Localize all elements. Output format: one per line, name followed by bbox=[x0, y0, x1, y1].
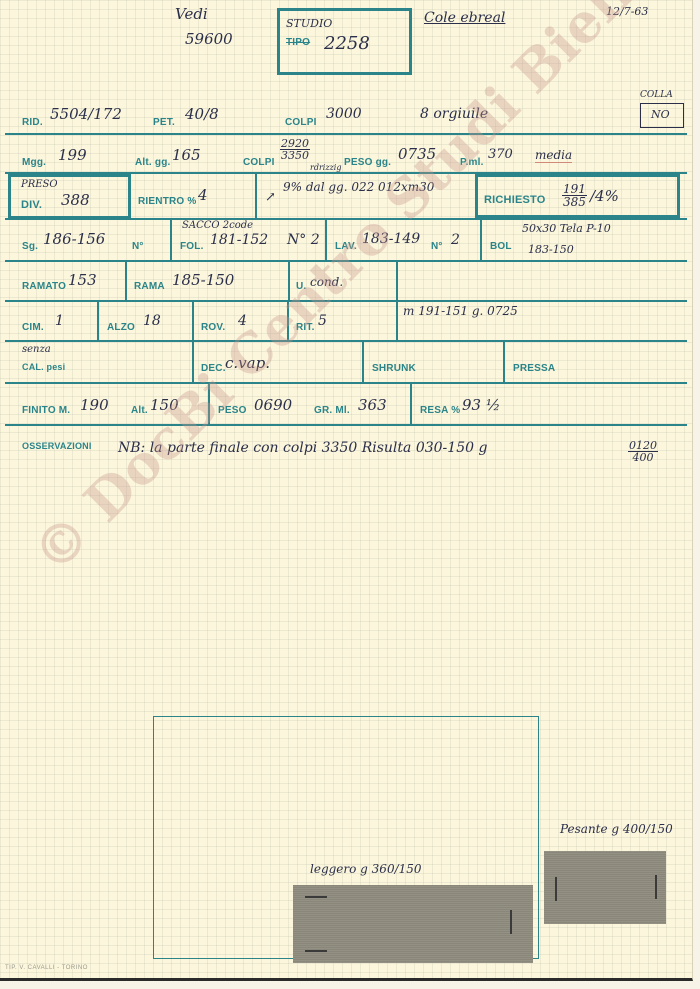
pet-value: 40/8 bbox=[185, 105, 219, 123]
dec-value: c.vap. bbox=[225, 354, 270, 372]
tipo-label: TIPO bbox=[286, 37, 310, 48]
alzo-value: 18 bbox=[143, 313, 161, 329]
rientro-value: 4 bbox=[198, 186, 208, 204]
finito-peso-value: 0690 bbox=[254, 396, 292, 414]
bol-label: BOL bbox=[490, 241, 512, 252]
alt-gg-value: 165 bbox=[172, 146, 201, 164]
divider bbox=[255, 174, 257, 218]
observations-fraction: 0120 400 bbox=[628, 440, 658, 463]
colpi-label-2: COLPI bbox=[243, 157, 275, 168]
lav-value: 183-149 bbox=[362, 231, 420, 247]
rama-label: RAMA bbox=[134, 281, 165, 292]
rid-label: RID. bbox=[22, 117, 43, 128]
mgg-value: 199 bbox=[58, 146, 87, 164]
divider bbox=[5, 340, 687, 342]
divider bbox=[325, 220, 327, 260]
pml-label: P.ml. bbox=[460, 157, 484, 168]
richiesto-percent: /4% bbox=[590, 187, 619, 205]
pml-value: 370 bbox=[488, 147, 513, 162]
vedi-note: Vedi bbox=[175, 5, 208, 23]
divider bbox=[287, 302, 289, 340]
divider bbox=[192, 302, 194, 340]
divider bbox=[5, 260, 687, 262]
richiesto-label: RICHIESTO bbox=[484, 194, 546, 206]
tipo-value: 2258 bbox=[324, 33, 370, 54]
divider bbox=[288, 262, 290, 300]
fol-label: FOL. bbox=[180, 241, 204, 252]
finito-alt-label: Alt. bbox=[131, 405, 148, 416]
colpi-label: COLPI bbox=[285, 117, 317, 128]
richiesto-fraction: 191 385 bbox=[562, 183, 587, 208]
bol-line2: 183-150 bbox=[528, 243, 574, 256]
arrow-icon: ↗ bbox=[265, 190, 276, 205]
observations-denominator: 400 bbox=[633, 452, 654, 463]
tipo-box: STUDIO TIPO 2258 bbox=[277, 8, 412, 75]
ucond-label: U. bbox=[296, 281, 306, 292]
div-note: 9% dal gg. 022 012xm30 bbox=[283, 180, 434, 194]
sg-n-label: N° bbox=[132, 241, 144, 252]
observations-label: OSSERVAZIONI bbox=[22, 441, 92, 451]
finito-label: FINITO M. bbox=[22, 405, 70, 416]
div-label: DIV. bbox=[21, 199, 42, 211]
customer-note: Cole ebreal bbox=[424, 10, 505, 26]
cim-note: m 191-151 g. 0725 bbox=[403, 304, 518, 318]
divider bbox=[410, 384, 412, 424]
colla-value: NO bbox=[651, 108, 670, 121]
divider bbox=[5, 300, 687, 302]
colla-box: NO bbox=[640, 103, 684, 128]
divider bbox=[5, 424, 687, 426]
rit-value: 5 bbox=[318, 313, 327, 329]
cal-label: CAL. pesi bbox=[22, 362, 65, 372]
sg-label: Sg. bbox=[22, 241, 38, 252]
colpi-fraction: 2920 3350 bbox=[280, 138, 310, 161]
staple-icon bbox=[305, 896, 327, 898]
resa-label: RESA % bbox=[420, 405, 460, 416]
mgg-label: Mgg. bbox=[22, 157, 46, 168]
div-box: PRESO DIV. 388 bbox=[8, 174, 131, 219]
colpi-note: rdrizzig bbox=[310, 163, 341, 172]
cim-value: 1 bbox=[55, 313, 64, 329]
cim-label: CIM. bbox=[22, 322, 44, 333]
pressa-label: PRESSA bbox=[513, 363, 555, 374]
divider bbox=[5, 382, 687, 384]
rientro-label: RIENTRO % bbox=[138, 196, 196, 207]
ucond-value: cond. bbox=[310, 275, 343, 289]
fol-note: SACCO 2code bbox=[182, 220, 253, 231]
fol-value: 181-152 bbox=[210, 232, 268, 248]
sample-light-label: leggero g 360/150 bbox=[310, 862, 422, 876]
divider bbox=[170, 220, 172, 260]
div-value: 388 bbox=[61, 191, 90, 209]
alzo-label: ALZO bbox=[107, 322, 135, 333]
divider bbox=[5, 133, 687, 135]
divider bbox=[125, 262, 127, 300]
sample-heavy-label: Pesante g 400/150 bbox=[560, 822, 673, 836]
observations-text: NB: la parte finale con colpi 3350 Risul… bbox=[118, 440, 487, 456]
grml-value: 363 bbox=[358, 396, 387, 414]
bol-line1: 50x30 Tela P-10 bbox=[522, 222, 611, 235]
finito-value: 190 bbox=[80, 396, 109, 414]
staple-icon bbox=[305, 950, 327, 952]
rit-label: RIT. bbox=[296, 322, 315, 333]
richiesto-denominator: 385 bbox=[563, 196, 586, 208]
divider bbox=[5, 218, 687, 220]
divider bbox=[192, 342, 194, 382]
preso-note: PRESO bbox=[21, 179, 58, 190]
cal-note: senza bbox=[22, 344, 51, 355]
printer-imprint: TIP. V. CAVALLI - TORINO bbox=[5, 965, 88, 971]
rid-value: 5504/172 bbox=[50, 105, 122, 123]
studio-handwritten: STUDIO bbox=[286, 17, 332, 30]
divider bbox=[396, 302, 398, 340]
lav-label: LAV. bbox=[335, 241, 357, 252]
divider bbox=[396, 262, 398, 300]
fol-n: N° 2 bbox=[287, 232, 320, 248]
peso-gg-value: 0735 bbox=[398, 145, 436, 163]
richiesto-box: RICHIESTO 191 385 /4% bbox=[475, 174, 680, 218]
staple-icon bbox=[555, 877, 557, 901]
dec-label: DEC. bbox=[201, 363, 226, 374]
finito-peso-label: PESO bbox=[218, 405, 247, 416]
grml-label: GR. Ml. bbox=[314, 405, 350, 416]
peso-gg-label: PESO gg. bbox=[344, 157, 391, 168]
shrunk-label: SHRUNK bbox=[372, 363, 416, 374]
colla-label: COLLA bbox=[640, 90, 673, 100]
vedi-number: 59600 bbox=[185, 30, 233, 48]
divider bbox=[97, 302, 99, 340]
pet-label: PET. bbox=[153, 117, 175, 128]
rid-note: 8 orgiuile bbox=[420, 106, 488, 122]
ramato-label: RAMATO bbox=[22, 281, 66, 292]
divider bbox=[362, 342, 364, 382]
staple-icon bbox=[510, 910, 512, 934]
fabric-sample-heavy bbox=[544, 851, 666, 924]
pml-note: media bbox=[535, 148, 572, 163]
resa-value: 93 ½ bbox=[462, 396, 500, 414]
rov-value: 4 bbox=[238, 313, 247, 329]
fabric-sample-light bbox=[293, 885, 533, 963]
sg-value: 186-156 bbox=[43, 230, 105, 248]
lav-n-value: 2 bbox=[451, 232, 460, 248]
rama-value: 185-150 bbox=[172, 271, 234, 289]
divider bbox=[480, 220, 482, 260]
fabric-record-card: Vedi 59600 STUDIO TIPO 2258 Cole ebreal … bbox=[0, 0, 693, 981]
rov-label: ROV. bbox=[201, 322, 225, 333]
divider bbox=[208, 384, 210, 424]
date: 12/7-63 bbox=[606, 5, 648, 18]
alt-gg-label: Alt. gg. bbox=[135, 157, 170, 168]
ramato-value: 153 bbox=[68, 271, 97, 289]
lav-n-label: N° bbox=[431, 241, 443, 252]
colpi-value: 3000 bbox=[326, 106, 362, 122]
divider bbox=[503, 342, 505, 382]
colpi-denominator: 3350 bbox=[281, 150, 309, 161]
finito-alt-value: 150 bbox=[150, 396, 179, 414]
staple-icon bbox=[655, 875, 657, 899]
